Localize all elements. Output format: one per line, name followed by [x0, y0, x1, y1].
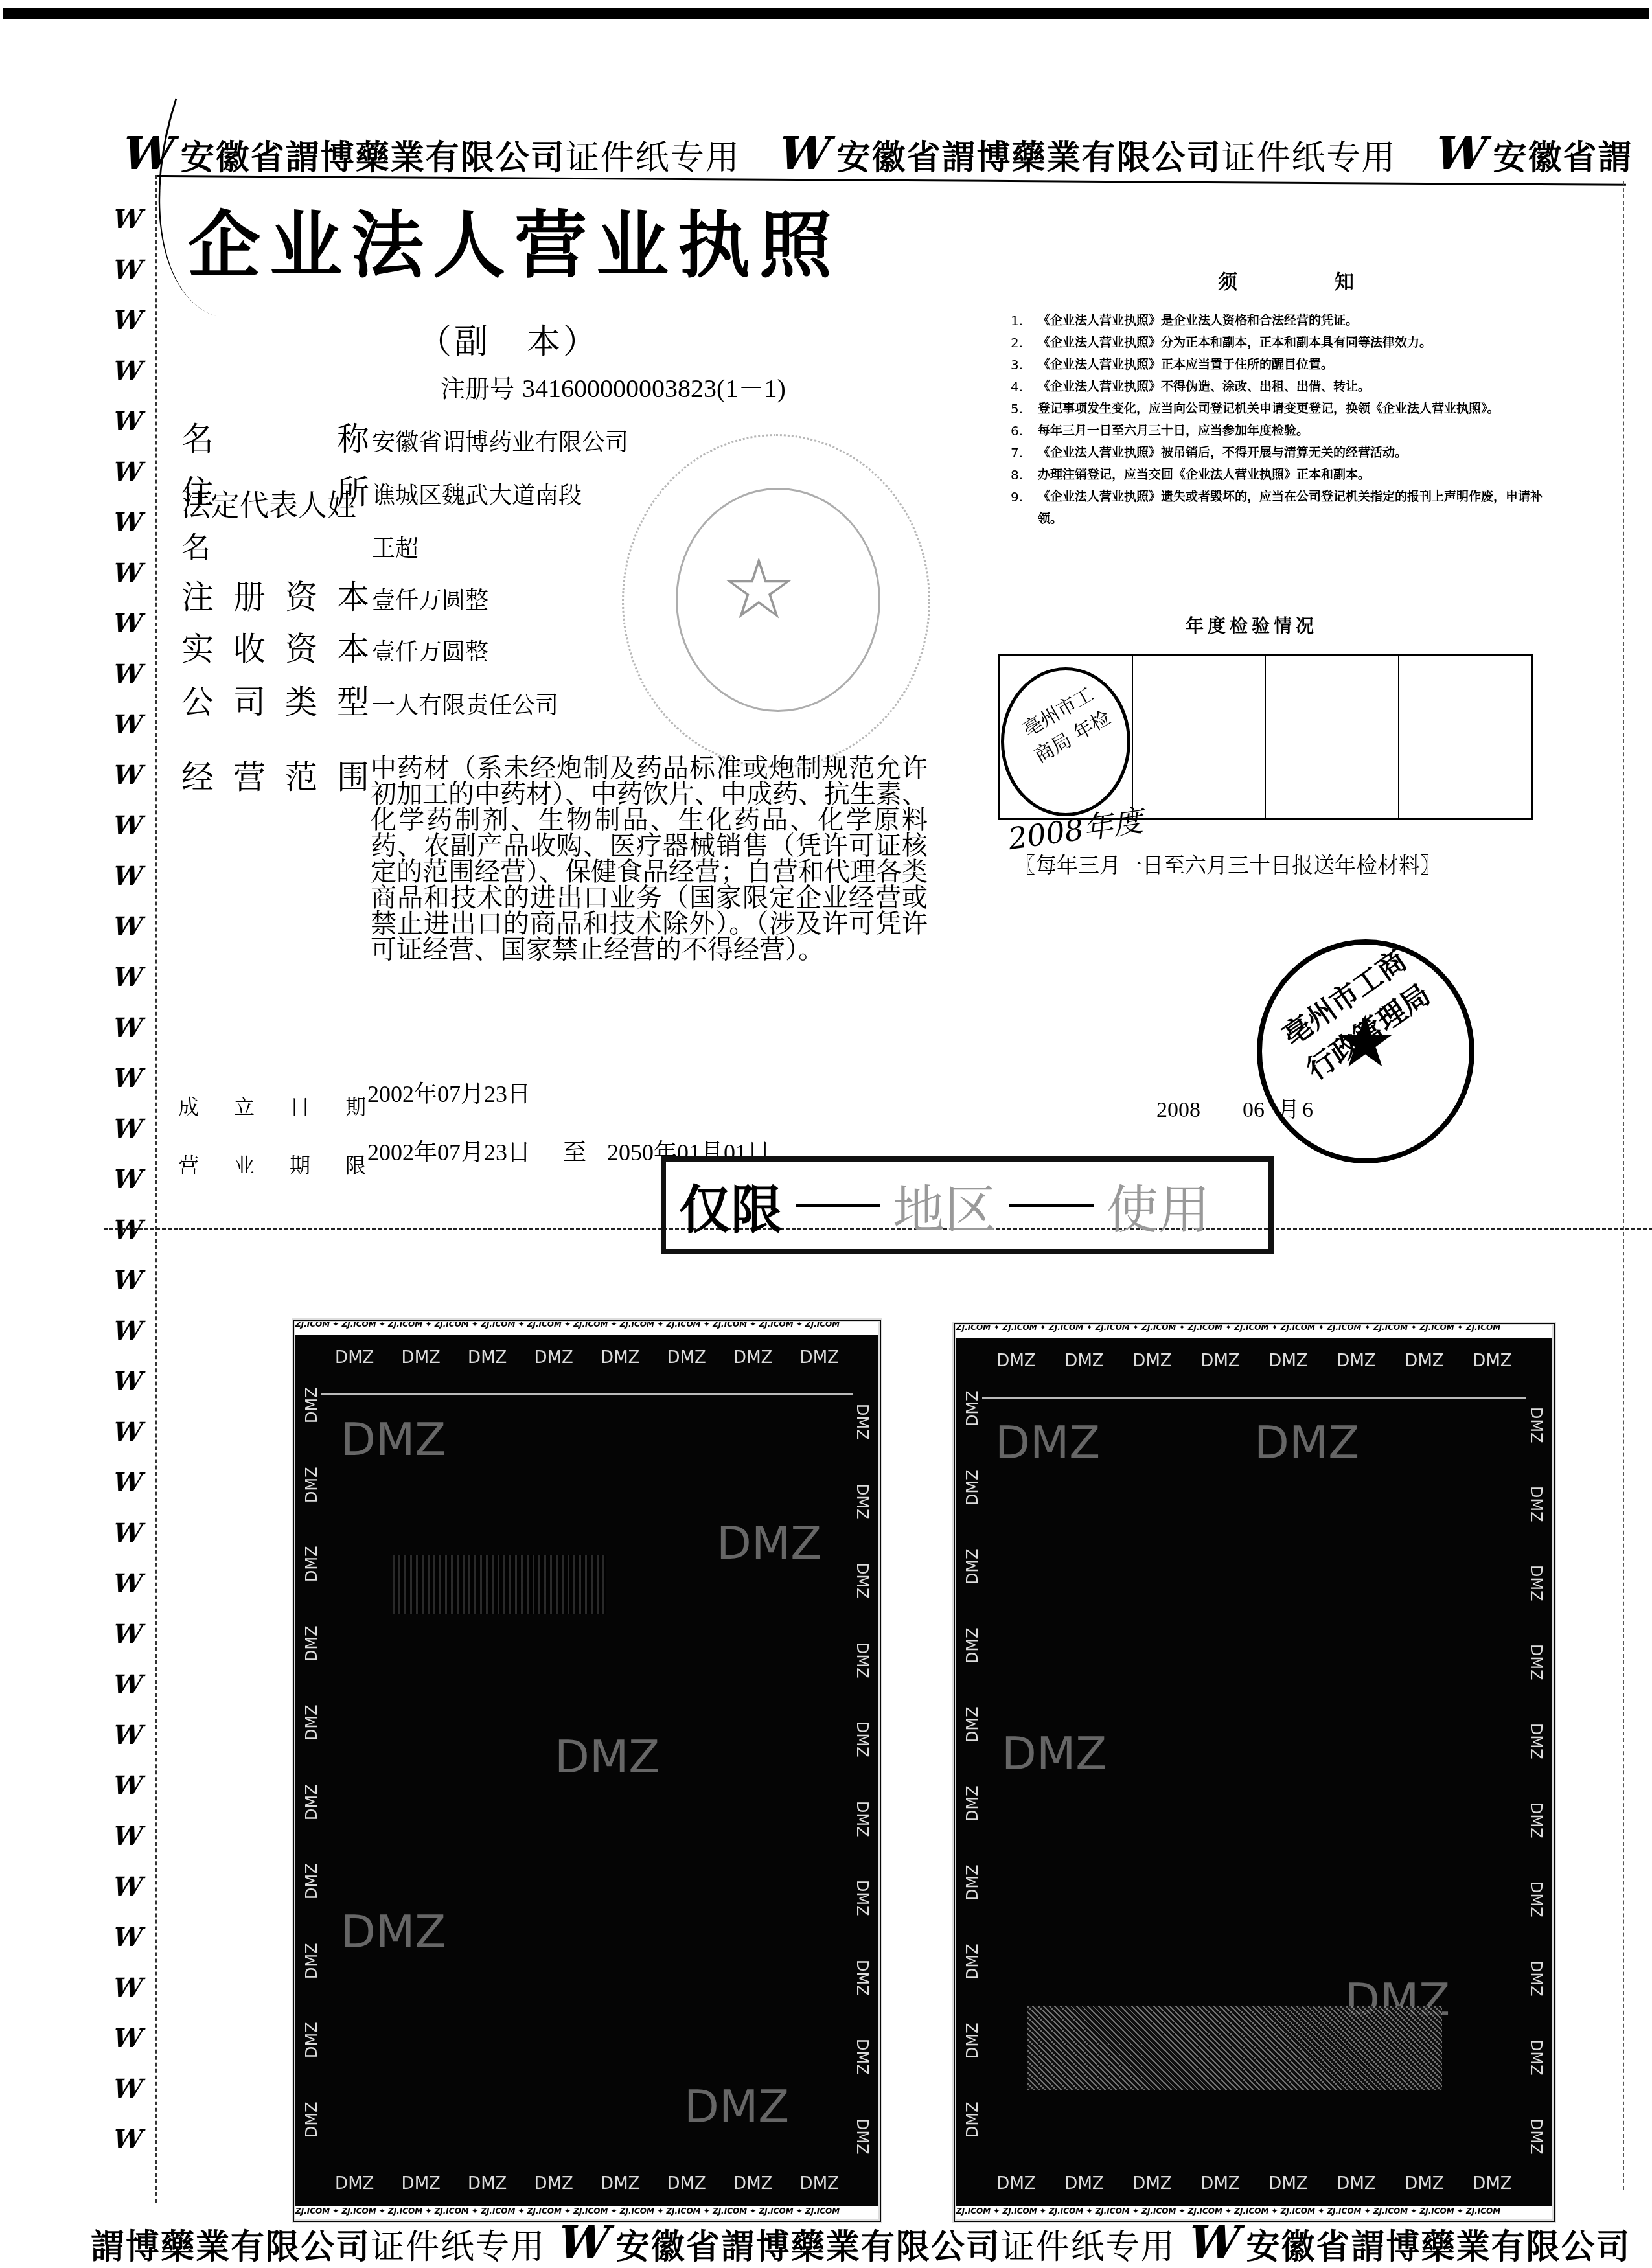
image-edge-text: ZJ.ICOM ✦ ZJ.ICOM ✦ ZJ.ICOM ✦ ZJ.ICOM ✦ …	[295, 1320, 878, 1335]
stamp-text: 亳州市工商局 年检	[1015, 679, 1117, 770]
inspection-cell	[1133, 656, 1267, 818]
company-logo-icon: W	[107, 245, 172, 295]
established-date-value: 2002年07月23日	[367, 1076, 531, 1109]
notice-item-number: 6.	[1011, 420, 1038, 442]
image-divider	[321, 1393, 853, 1395]
restriction-middle: 地区	[893, 1168, 996, 1243]
banner-suffix-text: 证件纸专用	[566, 139, 740, 178]
blank-line	[1009, 1204, 1094, 1207]
term-from-value: 2002年07月23日	[367, 1134, 531, 1167]
image-edge-text: ZJ.ICOM ✦ ZJ.ICOM ✦ ZJ.ICOM ✦ ZJ.ICOM ✦ …	[956, 1323, 1552, 1338]
notice-item: 9.《企业法人营业执照》遗失或者毁坏的，应当在公司登记机关指定的报刊上声明作废，…	[1011, 486, 1548, 530]
company-logo-icon: W	[107, 1963, 172, 2013]
notice-item-number: 7.	[1011, 442, 1038, 464]
dmz-column: DMZDMZDMZDMZDMZDMZDMZDMZDMZDMZ	[1526, 1377, 1546, 2168]
dmz-watermark: DMZ	[684, 2080, 789, 2133]
field-paid-capital: 实收资本 壹仟万圆整	[181, 618, 959, 670]
company-logo-icon: W	[107, 700, 172, 750]
notice-item-number: 3.	[1011, 354, 1038, 376]
company-logo-icon: W	[107, 649, 172, 700]
restriction-suffix: 使用	[1107, 1168, 1210, 1243]
license-fields: 名称 安徽省谓博药业有限公司 住所 谯城区魏武大道南段 法定代表人姓名 王超 注…	[181, 408, 959, 723]
paid-capital-value: 壹仟万圆整	[372, 634, 488, 670]
annual-inspection-title: 年度检验情况	[1186, 612, 1318, 638]
registered-capital-value: 壹仟万圆整	[372, 582, 488, 618]
company-logo-icon: W	[107, 1458, 172, 1508]
notice-item-text: 《企业法人营业执照》不得伪造、涂改、出租、出借、转让。	[1038, 376, 1370, 398]
company-logo-icon: W	[551, 2216, 618, 2268]
image-divider	[982, 1397, 1526, 1399]
business-scope-value: 中药材（系未经炮制及药品标准或炮制规范允许初加工的中药材）、中药饮片、中成药、抗…	[371, 755, 928, 963]
company-logo-icon: W	[107, 1912, 172, 1963]
notice-item-text: 《企业法人营业执照》分为正本和副本，正本和副本具有同等法律效力。	[1038, 332, 1432, 354]
notice-item: 4.《企业法人营业执照》不得伪造、涂改、出租、出借、转让。	[1011, 376, 1548, 398]
blank-line	[796, 1204, 880, 1207]
margin-logo-column: WWWWWWWWWWWWWWWWWWWWWWWWWWWWWWWWWWWWWWW	[113, 194, 165, 2165]
company-logo-icon: W	[107, 548, 172, 599]
barcode-area	[393, 1555, 606, 1614]
notice-item-number: 2.	[1011, 332, 1038, 354]
notice-item: 6.每年三月一日至六月三十日，应当参加年度检验。	[1011, 420, 1548, 442]
dmz-row: DMZDMZDMZDMZDMZDMZDMZDMZ	[982, 1351, 1526, 1371]
star-icon: ★	[1333, 1006, 1397, 1077]
company-logo-icon: W	[107, 1053, 172, 1104]
issue-year: 2008	[1156, 1098, 1200, 1122]
company-logo-icon: W	[107, 599, 172, 649]
dmz-row: DMZDMZDMZDMZDMZDMZDMZDMZ	[321, 1348, 853, 1368]
notice-item-text: 《企业法人营业执照》被吊销后，不得开展与清算无关的经营活动。	[1038, 442, 1407, 464]
company-logo-icon: W	[1428, 126, 1495, 180]
company-logo-icon: W	[107, 902, 172, 952]
company-logo-icon: W	[107, 1710, 172, 1761]
notice-item-text: 《企业法人营业执照》是企业法人资格和合法经营的凭证。	[1038, 310, 1358, 332]
reg-no-value: 341600000003823(1－1)	[522, 374, 786, 403]
field-label: 公司类型	[181, 676, 369, 723]
company-logo-icon: W	[1182, 2216, 1248, 2268]
notice-item-number: 4.	[1011, 376, 1038, 398]
inspection-cell	[1266, 656, 1399, 818]
company-logo-icon: W	[107, 194, 172, 245]
annual-inspection-stamp: 亳州市工商局 年检	[1001, 667, 1130, 816]
notice-item-number: 8.	[1011, 464, 1038, 486]
dmz-watermark: DMZ	[717, 1517, 821, 1570]
restriction-stamp: 仅限 地区 使用	[661, 1156, 1274, 1254]
watermark-banner-top: W安徽省謂博藥業有限公司证件纸专用 W安徽省謂博藥業有限公司证件纸专用 W安徽省…	[123, 126, 1633, 180]
company-logo-icon: W	[107, 1003, 172, 1053]
company-logo-icon: W	[107, 1255, 172, 1306]
company-logo-icon: W	[107, 1154, 172, 1205]
company-logo-icon: W	[107, 851, 172, 902]
field-label: 营业期限	[178, 1149, 366, 1179]
company-logo-icon: W	[107, 1811, 172, 1862]
company-logo-icon: W	[107, 1357, 172, 1407]
address-value: 谯城区魏武大道南段	[372, 477, 582, 513]
banner-company-text: 安徽省謂博藥業有限公司	[837, 138, 1222, 178]
attached-license-image-left: ZJ.ICOM ✦ ZJ.ICOM ✦ ZJ.ICOM ✦ ZJ.ICOM ✦ …	[292, 1318, 882, 2223]
reg-no-label: 注册号	[441, 374, 514, 403]
field-label: 名称	[181, 413, 369, 460]
dmz-row: DMZDMZDMZDMZDMZDMZDMZDMZ	[982, 2174, 1526, 2194]
dmz-column: DMZDMZDMZDMZDMZDMZDMZDMZDMZDMZ	[853, 1374, 872, 2168]
notice-item: 2.《企业法人营业执照》分为正本和副本，正本和副本具有同等法律效力。	[1011, 332, 1548, 354]
dmz-watermark: DMZ	[341, 1905, 446, 1958]
company-logo-icon: W	[107, 1306, 172, 1357]
field-label: 成立日期	[178, 1091, 366, 1121]
notice-item-text: 登记事项发生变化，应当向公司登记机关申请变更登记，换领《企业法人营业执照》。	[1038, 398, 1500, 420]
dmz-watermark: DMZ	[1254, 1416, 1359, 1469]
field-label: 经营范围	[181, 751, 369, 798]
notice-item: 7.《企业法人营业执照》被吊销后，不得开展与清算无关的经营活动。	[1011, 442, 1548, 464]
dmz-watermark: DMZ	[341, 1413, 446, 1466]
legal-rep-value: 王超	[372, 531, 419, 566]
annual-inspection-note: 〖每年三月一日至六月三十日报送年检材料〗	[1014, 849, 1441, 879]
issuer-seal: 亳州市工商行政管理局 ★	[1257, 939, 1474, 1163]
company-logo-icon: W	[772, 126, 839, 180]
registration-number: 注册号 341600000003823(1－1)	[441, 368, 786, 405]
field-name: 名称 安徽省谓博药业有限公司	[181, 408, 959, 460]
attached-license-image-right: ZJ.ICOM ✦ ZJ.ICOM ✦ ZJ.ICOM ✦ ZJ.ICOM ✦ …	[952, 1322, 1556, 2223]
frame-right-line	[1623, 181, 1625, 2190]
field-registered-capital: 注册资本 壹仟万圆整	[181, 566, 959, 618]
field-label: 注册资本	[181, 571, 369, 618]
company-logo-icon: W	[107, 2064, 172, 2114]
notice-item-number: 9.	[1011, 486, 1038, 530]
dmz-watermark: DMZ	[555, 1730, 660, 1783]
notice-list: 1.《企业法人营业执照》是企业法人资格和合法经营的凭证。2.《企业法人营业执照》…	[1011, 310, 1548, 530]
field-label: 法定代表人姓名	[181, 482, 369, 566]
notice-item-number: 1.	[1011, 310, 1038, 332]
field-label: 实收资本	[181, 623, 369, 670]
notice-item: 8.办理注销登记，应当交回《企业法人营业执照》正本和副本。	[1011, 464, 1548, 486]
banner-company-text: 安徽省謂博藥業有限公司	[1246, 2227, 1631, 2267]
company-logo-icon: W	[107, 801, 172, 851]
field-legal-rep: 法定代表人姓名 王超	[181, 513, 959, 566]
company-logo-icon: W	[107, 346, 172, 396]
notice-item: 1.《企业法人营业执照》是企业法人资格和合法经营的凭证。	[1011, 310, 1548, 332]
banner-suffix-text: 证件纸专用	[371, 2228, 545, 2267]
company-logo-icon: W	[107, 1660, 172, 1710]
banner-company-text: 謂博藥業有限公司	[91, 2227, 371, 2267]
restriction-prefix: 仅限	[679, 1168, 783, 1243]
dmz-watermark: DMZ	[995, 1416, 1100, 1469]
company-logo-icon: W	[107, 447, 172, 498]
notice-item-number: 5.	[1011, 398, 1038, 420]
company-logo-icon: W	[107, 295, 172, 346]
notice-item-text: 《企业法人营业执照》遗失或者毁坏的，应当在公司登记机关指定的报刊上声明作废，申请…	[1038, 486, 1548, 530]
field-company-type: 公司类型 一人有限责任公司	[181, 670, 959, 723]
company-logo-icon: W	[107, 2114, 172, 2165]
company-name-value: 安徽省谓博药业有限公司	[372, 424, 628, 460]
document-title: 企业法人营业执照	[188, 188, 841, 292]
dmz-column: DMZDMZDMZDMZDMZDMZDMZDMZDMZDMZ	[302, 1374, 321, 2168]
notice-item: 5.登记事项发生变化，应当向公司登记机关申请变更登记，换领《企业法人营业执照》。	[1011, 398, 1548, 420]
company-logo-icon: W	[107, 396, 172, 447]
company-logo-icon: W	[107, 1862, 172, 1912]
notice-item-text: 每年三月一日至六月三十日，应当参加年度检验。	[1038, 420, 1309, 442]
scan-edge-bar	[3, 8, 1649, 19]
company-logo-icon: W	[107, 1407, 172, 1458]
dmz-column: DMZDMZDMZDMZDMZDMZDMZDMZDMZDMZ	[963, 1377, 982, 2168]
term-to-word: 至	[563, 1134, 586, 1167]
dmz-row: DMZDMZDMZDMZDMZDMZDMZDMZ	[321, 2174, 853, 2194]
company-logo-icon: W	[107, 1508, 172, 1559]
company-logo-icon: W	[107, 1559, 172, 1609]
notice-title: 须 知	[1218, 266, 1393, 294]
document-subtitle: （副 本）	[418, 314, 599, 363]
notice-item-text: 办理注销登记，应当交回《企业法人营业执照》正本和副本。	[1038, 464, 1370, 486]
company-type-value: 一人有限责任公司	[372, 687, 558, 723]
watermark-banner-bottom: 謂博藥業有限公司证件纸专用 W安徽省謂博藥業有限公司证件纸专用 W安徽省謂博藥業…	[91, 2216, 1631, 2268]
banner-company-text: 安徽省謂博藥業有限公司	[616, 2227, 1001, 2267]
notice-item-text: 《企业法人营业执照》正本应当置于住所的醒目位置。	[1038, 354, 1333, 376]
notice-item: 3.《企业法人营业执照》正本应当置于住所的醒目位置。	[1011, 354, 1548, 376]
field-established: 成立日期 2002年07月23日	[178, 1062, 770, 1121]
banner-suffix-text: 证件纸专用	[1222, 139, 1397, 178]
company-logo-icon: W	[107, 2013, 172, 2064]
inspection-cell	[1399, 656, 1532, 818]
company-logo-icon: W	[107, 952, 172, 1003]
banner-suffix-text: 证件纸专用	[1001, 2228, 1176, 2267]
company-logo-icon: W	[107, 1609, 172, 1660]
company-logo-icon: W	[107, 498, 172, 548]
banner-company-text: 安徽省謂	[1493, 138, 1633, 178]
company-logo-icon: W	[107, 1104, 172, 1154]
company-logo-icon: W	[107, 750, 172, 801]
issue-month: 06	[1243, 1098, 1265, 1122]
textured-area	[1027, 2006, 1442, 2090]
dmz-watermark: DMZ	[1002, 1727, 1107, 1780]
company-logo-icon: W	[107, 1761, 172, 1811]
